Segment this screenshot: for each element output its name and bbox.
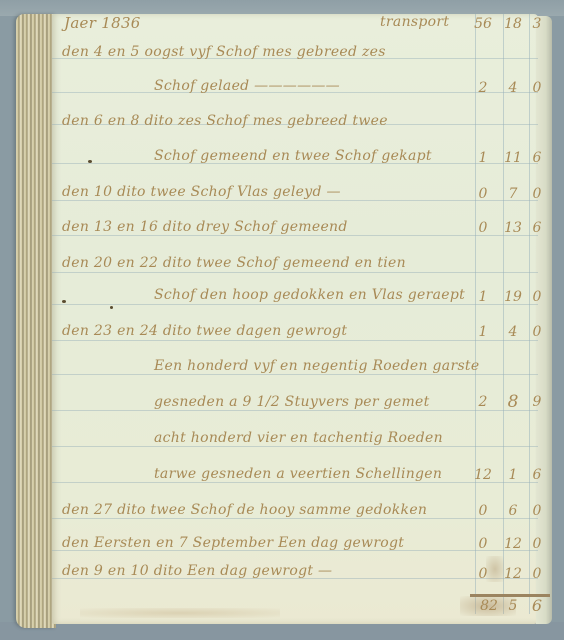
amount-guilders: 0 [468, 536, 498, 552]
amount-penningen: 0 [528, 503, 546, 519]
transport-stuivers: 18 [500, 16, 526, 32]
amount-guilders: 2 [468, 394, 498, 410]
amount-penningen: 6 [528, 467, 546, 483]
amount-penningen: 0 [528, 536, 546, 552]
amount-guilders: 1 [468, 150, 498, 166]
amount-guilders: 0 [468, 220, 498, 236]
ledger-line: den 13 en 16 dito drey Schof gemeend [62, 219, 348, 235]
ruled-line [52, 482, 538, 483]
ledger-line: den 10 dito twee Schof Vlas geleyd — [62, 184, 341, 200]
ink-dot [88, 160, 92, 163]
total-stuivers: 5 [500, 598, 526, 614]
ruled-line [52, 272, 538, 273]
amount-stuivers: 11 [500, 150, 526, 166]
amount-penningen: 0 [528, 186, 546, 202]
amount-guilders: 0 [468, 186, 498, 202]
amount-stuivers: 4 [500, 80, 526, 96]
column-divider [503, 14, 504, 614]
ledger-line: den 20 en 22 dito twee Schof gemeend en … [62, 255, 406, 271]
ledger-line: den 4 en 5 oogst vyf Schof mes gebreed z… [62, 44, 386, 60]
water-stain [80, 608, 280, 618]
ledger-page [52, 14, 538, 624]
amount-guilders: 12 [468, 467, 498, 483]
ruled-line [52, 235, 538, 236]
stacked-page-edges [16, 14, 56, 628]
ruled-line [52, 446, 538, 447]
amount-guilders: 1 [468, 289, 498, 305]
amount-penningen: 0 [528, 324, 546, 340]
ruled-line [52, 304, 538, 305]
ledger-line: acht honderd vier en tachentig Roeden [154, 430, 443, 446]
amount-penningen: 6 [528, 150, 546, 166]
ledger-line: den 6 en 8 dito zes Schof mes gebreed tw… [62, 113, 388, 129]
amount-penningen: 9 [528, 394, 546, 410]
ink-dot [62, 300, 66, 303]
column-divider [475, 14, 476, 614]
transport-label: transport [380, 14, 449, 30]
ledger-line: Schof gelaed —————— [154, 78, 340, 94]
ledger-line: den 9 en 10 dito Een dag gewrogt — [62, 563, 332, 579]
ledger-line: den 27 dito twee Schof de hooy samme ged… [62, 502, 427, 518]
amount-stuivers: 8 [500, 392, 526, 412]
amount-stuivers: 1 [500, 467, 526, 483]
ledger-line: Schof gemeend en twee Schof gekapt [154, 148, 432, 164]
ruled-line [52, 340, 538, 341]
amount-guilders: 1 [468, 324, 498, 340]
ruled-line [52, 518, 538, 519]
ink-dot [110, 306, 113, 309]
ruled-line [52, 410, 538, 411]
transport-penningen: 3 [528, 16, 546, 32]
ledger-line: den Eersten en 7 September Een dag gewro… [62, 535, 404, 551]
total-penningen: 6 [528, 596, 546, 615]
ledger-line: den 23 en 24 dito twee dagen gewrogt [62, 323, 347, 339]
ledger-line: Schof den hoop gedokken en Vlas geraept [154, 287, 465, 303]
ruled-line [52, 374, 538, 375]
amount-stuivers: 6 [500, 503, 526, 519]
amount-stuivers: 12 [500, 536, 526, 552]
ruled-line [52, 200, 538, 201]
ledger-line: Een honderd vyf en negentig Roeden garst… [154, 358, 479, 374]
amount-stuivers: 7 [500, 186, 526, 202]
amount-penningen: 0 [528, 80, 546, 96]
ledger-line: tarwe gesneden a veertien Schellingen [154, 466, 442, 482]
amount-stuivers: 4 [500, 324, 526, 340]
transport-guilders: 56 [468, 16, 498, 32]
amount-guilders: 2 [468, 80, 498, 96]
amount-penningen: 0 [528, 289, 546, 305]
page-right-edge [536, 16, 552, 624]
amount-stuivers: 19 [500, 289, 526, 305]
amount-guilders: 0 [468, 503, 498, 519]
photo-background-bottom [0, 622, 564, 640]
ledger-line: gesneden a 9 1/2 Stuyvers per gemet [154, 394, 430, 410]
ink-stain [486, 556, 504, 582]
amount-stuivers: 13 [500, 220, 526, 236]
column-divider [529, 14, 530, 614]
amount-penningen: 6 [528, 220, 546, 236]
amount-penningen: 0 [528, 566, 546, 582]
header-year: Jaer 1836 [64, 14, 141, 32]
